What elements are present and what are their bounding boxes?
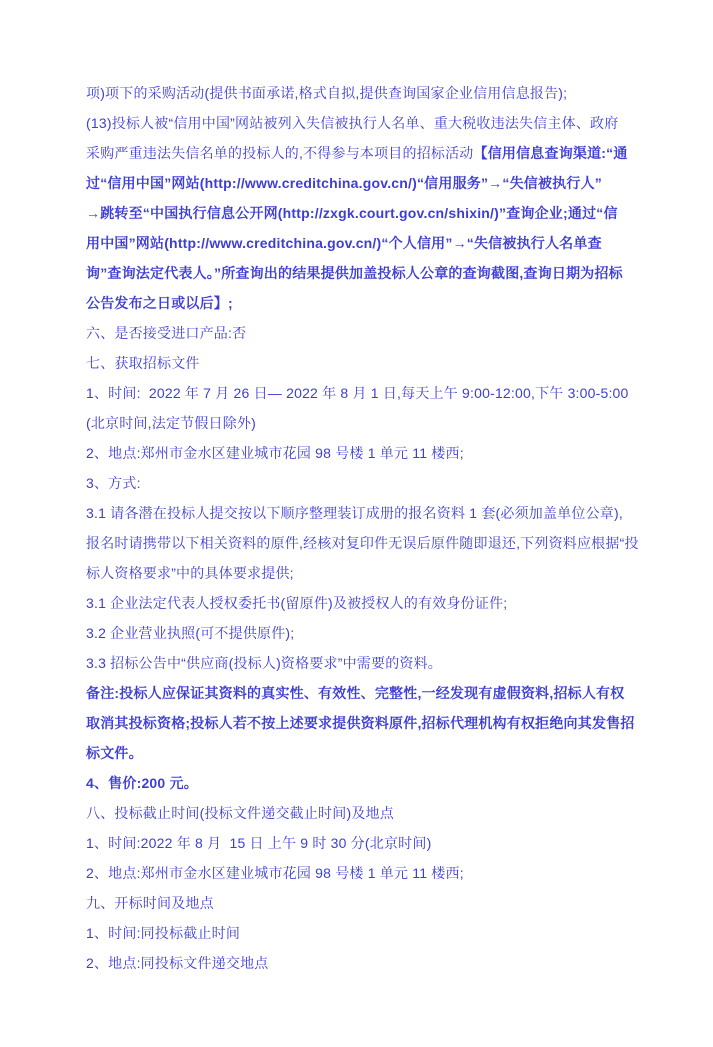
text-segment: 2、地点:郑州市金水区建业城市花园 98 号楼 1 单元 11 楼西; <box>86 445 464 461</box>
document-line: 九、开标时间及地点 <box>86 888 634 918</box>
document-line: 3.1 企业法定代表人授权委托书(留原件)及被授权人的有效身份证件; <box>86 588 634 618</box>
document-line: 2、地点:郑州市金水区建业城市花园 98 号楼 1 单元 11 楼西; <box>86 858 634 888</box>
text-segment: 报名时请携带以下相关资料的原件,经核对复印件无误后原件随即退还,下列资料应根据“… <box>86 535 639 551</box>
text-segment: (13)投标人被“信用中国”网站被列入失信被执行人名单、重大税收违法失信主体、政… <box>86 115 618 131</box>
document-line: 1、时间: 2022 年 7 月 26 日— 2022 年 8 月 1 日,每天… <box>86 378 634 408</box>
text-segment: 【信用信息查询渠道:“通 <box>474 145 628 161</box>
document-line: 七、获取招标文件 <box>86 348 634 378</box>
text-segment: 用中国”网站(http://www.creditchina.gov.cn/)“个… <box>86 235 602 251</box>
text-segment: 4、售价:200 元。 <box>86 775 198 791</box>
document-body: 项)项下的采购活动(提供书面承诺,格式自拟,提供查询国家企业信用信息报告);(1… <box>86 78 634 978</box>
text-segment: 取消其投标资格;投标人若不按上述要求提供资料原件,招标代理机构有权拒绝向其发售招 <box>86 715 635 731</box>
text-segment: 3、方式: <box>86 475 141 491</box>
document-line: 用中国”网站(http://www.creditchina.gov.cn/)“个… <box>86 228 634 258</box>
text-segment: 标人资格要求”中的具体要求提供; <box>86 565 294 581</box>
text-segment: 3.1 请各潜在投标人提交按以下顺序整理装订成册的报名资料 1 套(必须加盖单位… <box>86 505 623 521</box>
text-segment: 六、是否接受进口产品:否 <box>86 325 246 341</box>
text-segment: 采购严重违法失信名单的投标人的,不得参与本项目的招标活动 <box>86 145 474 161</box>
text-segment: 3.2 企业营业执照(可不提供原件); <box>86 625 294 641</box>
document-line: 八、投标截止时间(投标文件递交截止时间)及地点 <box>86 798 634 828</box>
text-segment: 八、投标截止时间(投标文件递交截止时间)及地点 <box>86 805 394 821</box>
document-line: 询”查询法定代表人。”所查询出的结果提供加盖投标人公章的查询截图,查询日期为招标 <box>86 258 634 288</box>
document-line: 公告发布之日或以后】; <box>86 288 634 318</box>
text-segment: (北京时间,法定节假日除外) <box>86 415 256 431</box>
text-segment: 公告发布之日或以后】; <box>86 295 233 311</box>
document-line: 3.3 招标公告中“供应商(投标人)资格要求”中需要的资料。 <box>86 648 634 678</box>
text-segment: 询”查询法定代表人。”所查询出的结果提供加盖投标人公章的查询截图,查询日期为招标 <box>86 265 623 281</box>
text-segment: 七、获取招标文件 <box>86 355 200 371</box>
document-line: 2、地点:同投标文件递交地点 <box>86 948 634 978</box>
document-line: 取消其投标资格;投标人若不按上述要求提供资料原件,招标代理机构有权拒绝向其发售招 <box>86 708 634 738</box>
text-segment: 2、地点:同投标文件递交地点 <box>86 955 268 971</box>
text-segment: 2、地点:郑州市金水区建业城市花园 98 号楼 1 单元 11 楼西; <box>86 865 464 881</box>
text-segment: 1、时间:同投标截止时间 <box>86 925 240 941</box>
text-segment: →跳转至“中国执行信息公开网(http://zxgk.court.gov.cn/… <box>86 205 618 221</box>
document-line: 标人资格要求”中的具体要求提供; <box>86 558 634 588</box>
document-line: 六、是否接受进口产品:否 <box>86 318 634 348</box>
document-line: 标文件。 <box>86 738 634 768</box>
document-line: 过“信用中国”网站(http://www.creditchina.gov.cn/… <box>86 168 634 198</box>
text-segment: 1、时间:2022 年 8 月 15 日 上午 9 时 30 分(北京时间) <box>86 835 431 851</box>
document-line: →跳转至“中国执行信息公开网(http://zxgk.court.gov.cn/… <box>86 198 634 228</box>
document-line: 2、地点:郑州市金水区建业城市花园 98 号楼 1 单元 11 楼西; <box>86 438 634 468</box>
document-line: (13)投标人被“信用中国”网站被列入失信被执行人名单、重大税收违法失信主体、政… <box>86 108 634 138</box>
text-segment: 1、时间: 2022 年 7 月 26 日— 2022 年 8 月 1 日,每天… <box>86 385 629 401</box>
document-line: 项)项下的采购活动(提供书面承诺,格式自拟,提供查询国家企业信用信息报告); <box>86 78 634 108</box>
document-line: 1、时间:2022 年 8 月 15 日 上午 9 时 30 分(北京时间) <box>86 828 634 858</box>
document-line: 3.2 企业营业执照(可不提供原件); <box>86 618 634 648</box>
text-segment: 3.1 企业法定代表人授权委托书(留原件)及被授权人的有效身份证件; <box>86 595 507 611</box>
text-segment: 标文件。 <box>86 745 143 761</box>
document-line: 采购严重违法失信名单的投标人的,不得参与本项目的招标活动【信用信息查询渠道:“通 <box>86 138 634 168</box>
document-page: 项)项下的采购活动(提供书面承诺,格式自拟,提供查询国家企业信用信息报告);(1… <box>0 0 713 1047</box>
document-line: 备注:投标人应保证其资料的真实性、有效性、完整性,一经发现有虚假资料,招标人有权 <box>86 678 634 708</box>
document-line: 报名时请携带以下相关资料的原件,经核对复印件无误后原件随即退还,下列资料应根据“… <box>86 528 634 558</box>
document-line: 3.1 请各潜在投标人提交按以下顺序整理装订成册的报名资料 1 套(必须加盖单位… <box>86 498 634 528</box>
text-segment: 项)项下的采购活动(提供书面承诺,格式自拟,提供查询国家企业信用信息报告); <box>86 85 567 101</box>
document-line: (北京时间,法定节假日除外) <box>86 408 634 438</box>
text-segment: 备注:投标人应保证其资料的真实性、有效性、完整性,一经发现有虚假资料,招标人有权 <box>86 685 624 701</box>
text-segment: 3.3 招标公告中“供应商(投标人)资格要求”中需要的资料。 <box>86 655 442 671</box>
document-line: 4、售价:200 元。 <box>86 768 634 798</box>
text-segment: 九、开标时间及地点 <box>86 895 214 911</box>
document-line: 3、方式: <box>86 468 634 498</box>
text-segment: 过“信用中国”网站(http://www.creditchina.gov.cn/… <box>86 175 602 191</box>
document-line: 1、时间:同投标截止时间 <box>86 918 634 948</box>
